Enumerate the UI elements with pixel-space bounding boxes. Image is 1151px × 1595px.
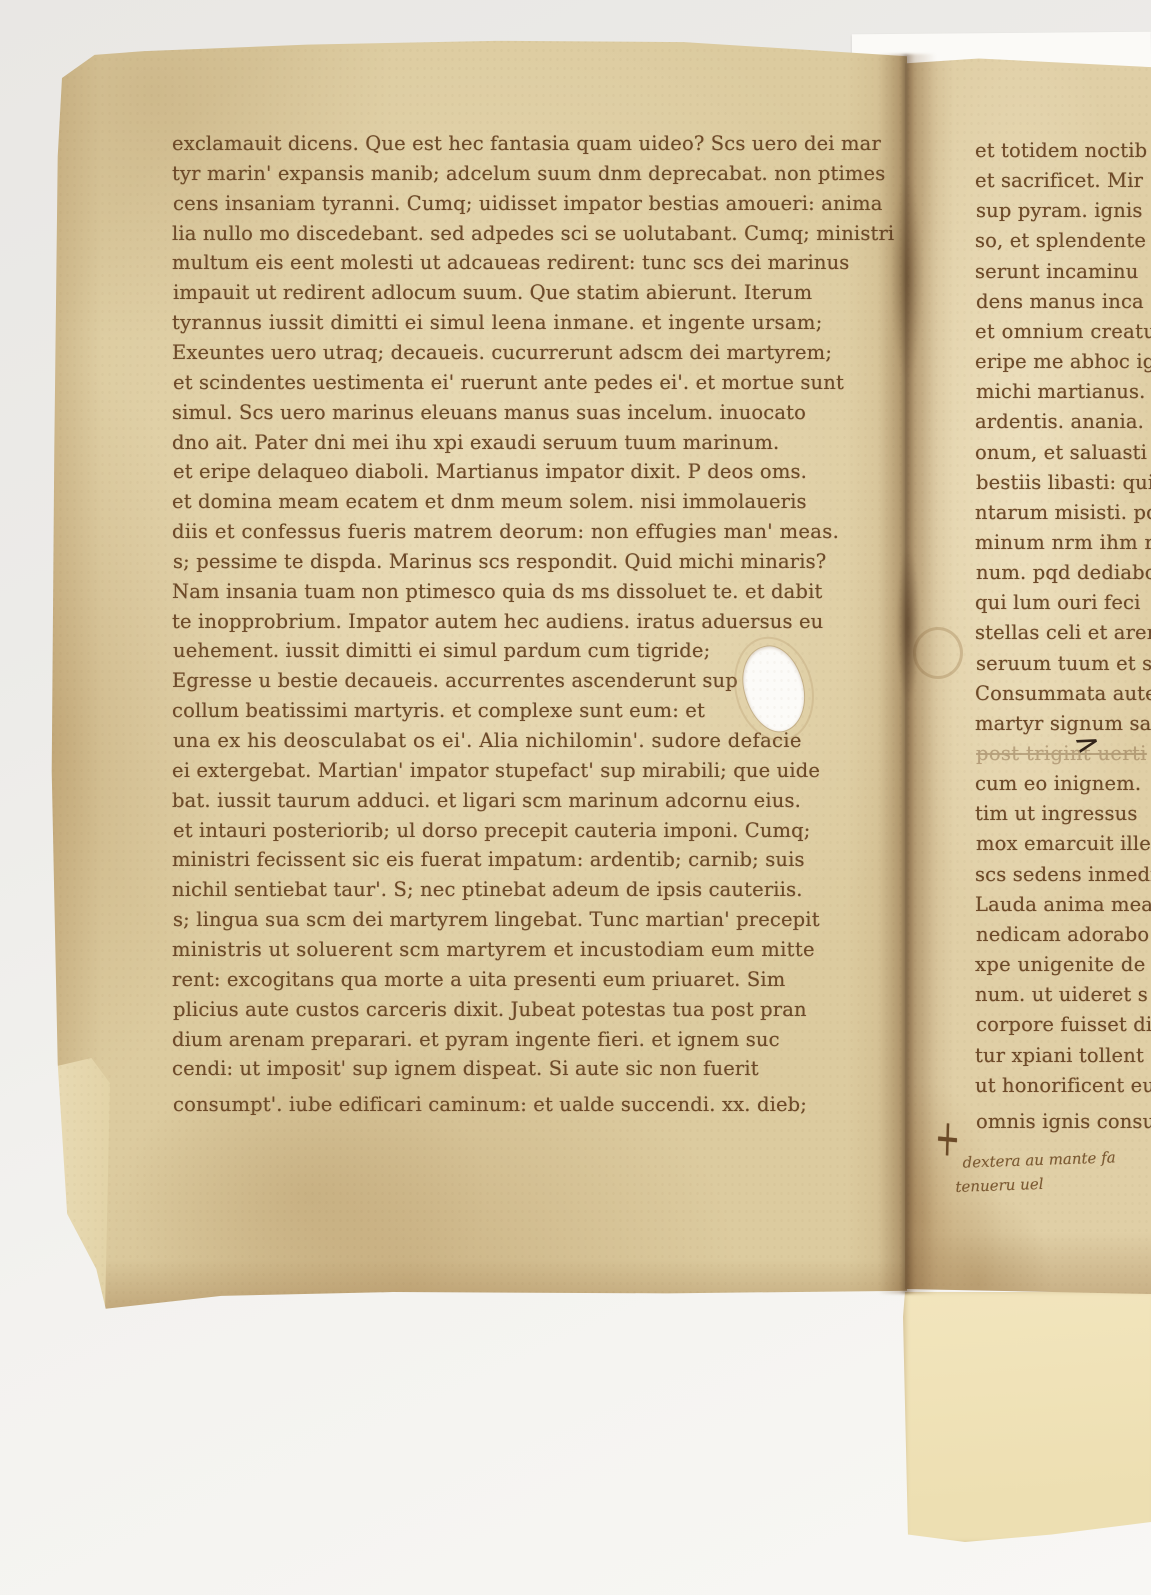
manuscript-text-line: et totidem noctib [975,136,1147,166]
manuscript-text-line: dno ait. Pater dni mei ihu xpi exaudi se… [172,428,779,458]
manuscript-text-line: ut honorificent eu [975,1071,1151,1101]
manuscript-text-line: scs sedens inmedi [975,860,1151,890]
manuscript-text-line: et domina meam ecatem et dnm meum solem.… [172,487,807,517]
manuscript-text-line: et omnium creatur [975,317,1151,347]
manuscript-text-line: impauit ut redirent adlocum suum. Que st… [173,278,812,308]
parchment-hole [735,640,812,737]
manuscript-text-line: ardentis. anania. a [975,407,1151,437]
manuscript-text-line: exclamauit dicens. Que est hec fantasia … [172,129,881,159]
left-page: exclamauit dicens. Que est hec fantasia … [50,28,907,1310]
manuscript-text-line: dens manus inca [976,287,1144,317]
manuscript-text-line: una ex his deosculabat os ei'. Alia nich… [173,726,802,756]
manuscript-text-line: bestiis libasti: qui [976,468,1151,498]
manuscript-text-line: et scindentes uestimenta ei' ruerunt ant… [173,368,844,398]
manuscript-text-line: bat. iussit taurum adduci. et ligari scm… [172,786,801,816]
manuscript-text-line: s; lingua sua scm dei martyrem lingebat.… [173,905,820,935]
manuscript-text-line: rent: excogitans qua morte a uita presen… [172,965,785,995]
manuscript-text-line: Nam insania tuam non ptimesco quia ds ms… [172,577,822,607]
manuscript-text-line: mox emarcuit ille [976,829,1151,859]
manuscript-text-line: Egresse u bestie decaueis. accurrentes a… [172,666,738,696]
manuscript-text-line: michi martianus. [976,377,1146,407]
manuscript-text-line: tur xpiani tollent [975,1041,1144,1071]
manuscript-text-line: collum beatissimi martyris. et complexe … [172,696,705,726]
manuscript-text-line: dium arenam preparari. et pyram ingente … [172,1025,780,1055]
manuscript-text-line: et eripe delaqueo diaboli. Martianus imp… [173,457,807,487]
manuscript-text-line: Consummata aute [975,679,1151,709]
manuscript-text-line: ntarum misisti. pq [975,498,1151,528]
manuscript-text-line: tim ut ingressus [975,799,1137,829]
flyleaf-under-page [903,1292,1151,1542]
manuscript-text-line: ei extergebat. Martian' impator stupefac… [172,756,820,786]
manuscript-text-line: ministri fecissent sic eis fuerat impatu… [172,845,805,875]
manuscript-text-line: tyr marin' expansis manib; adcelum suum … [172,159,885,189]
manuscript-text-line: seruum tuum et s [976,649,1151,679]
manuscript-text-line: lia nullo mo discedebant. sed adpedes sc… [172,219,894,249]
manuscript-text-line: et sacrificet. Mir [975,166,1143,196]
manuscript-text-line: nichil sentiebat taur'. S; nec ptinebat … [172,875,803,905]
manuscript-text-line: plicius aute custos carceris dixit. Jube… [173,995,807,1025]
manuscript-photo: exclamauit dicens. Que est hec fantasia … [0,0,1151,1595]
manuscript-text-line: s; pessime te dispda. Marinus scs respon… [173,547,826,577]
manuscript-text-line: so, et splendente s [975,226,1151,256]
manuscript-text-line: Lauda anima mea [975,890,1151,920]
manuscript-text-line: consumpt'. iube edificari caminum: et ua… [173,1090,807,1120]
manuscript-text-line: stellas celi et arena [975,618,1151,648]
manuscript-text-line: simul. Scs uero marinus eleuans manus su… [172,398,806,428]
manuscript-text-line: cum eo inignem. [975,769,1141,799]
manuscript-text-line: xpe unigenite de [975,950,1146,980]
manuscript-text-line: qui lum ouri feci [975,588,1140,618]
manuscript-text-line: nedicam adorabo [976,920,1149,950]
manuscript-text-line: onum, et saluasti n [975,438,1151,468]
manuscript-text-line: ministris ut soluerent scm martyrem et i… [172,935,815,965]
manuscript-text-line: sup pyram. ignis [976,196,1143,226]
right-page: et totidem noctibet sacrificet. Mirsup p… [905,56,1151,1294]
manuscript-text-line: corpore fuisset dis [976,1010,1151,1040]
manuscript-text-line: num. pqd dediabol [976,558,1151,588]
manuscript-text-line: serunt incaminu [975,257,1138,287]
manuscript-text-line: te inopprobrium. Impator autem hec audie… [172,607,823,637]
manuscript-text-line: uehement. iussit dimitti ei simul pardum… [173,636,710,666]
manuscript-text-line: num. ut uideret s [975,980,1148,1010]
manuscript-text-line: diis et confessus fueris matrem deorum: … [172,517,839,547]
manuscript-text-line: martyr signum sa [975,709,1151,739]
manuscript-text-line: tyrannus iussit dimitti ei simul leena i… [172,308,823,338]
manuscript-text-line: et intauri posteriorib; ul dorso precepi… [173,816,811,846]
margin-cross-mark: + [934,1108,966,1170]
manuscript-text-line: eripe me abhoc ign [975,347,1151,377]
manuscript-text-line: Exeuntes uero utraq; decaueis. cucurreru… [172,338,832,368]
manuscript-text-line: multum eis eent molesti ut adcaueas redi… [172,248,849,278]
manuscript-text-line: cens insaniam tyranni. Cumq; uidisset im… [173,189,883,219]
margin-note: dextera au mante fa tenueru uel [962,1145,1117,1198]
manuscript-text-line: post trigint uerti [976,739,1147,769]
manuscript-text-line: omnis ignis consu [976,1107,1151,1137]
manuscript-text-line: cendi: ut imposit' sup ignem dispeat. Si… [172,1054,759,1084]
manuscript-text-line: minum nrm ihm r [975,528,1151,558]
